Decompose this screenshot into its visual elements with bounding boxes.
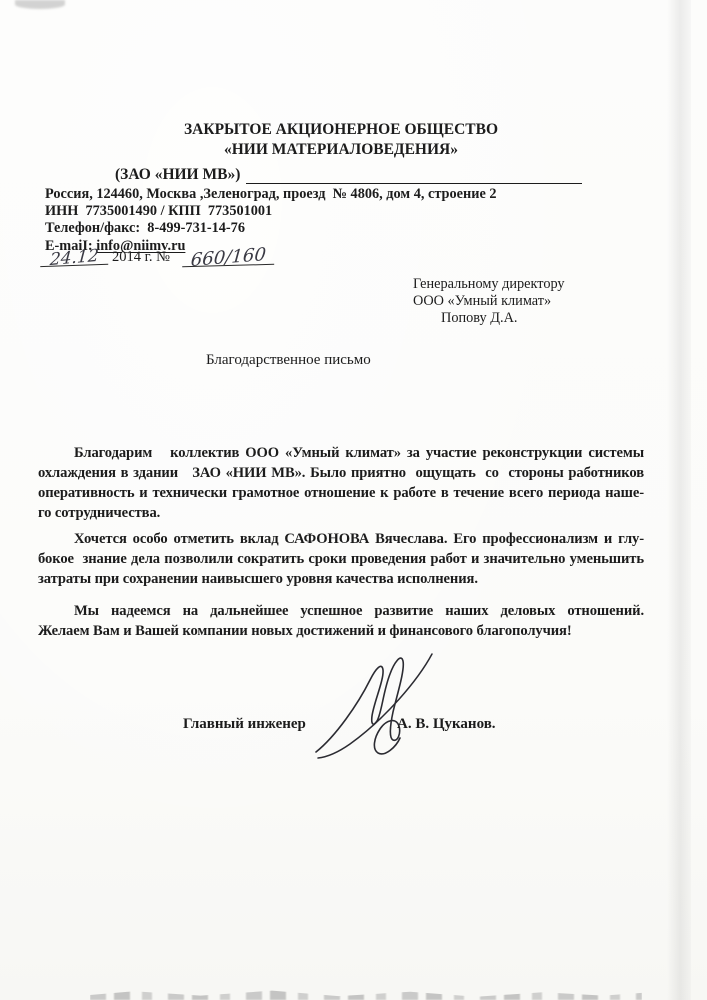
body-line: го сотрудничества. (38, 503, 644, 523)
letterhead: ЗАКРЫТОЕ АКЦИОНЕРНОЕ ОБЩЕСТВО «НИИ МАТЕР… (38, 120, 644, 255)
ref-year-number-label: 2014 г. № (108, 249, 176, 266)
letter-title: Благодарственное письмо (206, 352, 371, 369)
signer-position: Главный инженер (183, 716, 306, 733)
addressee-company: ООО «Умный климат» (413, 293, 565, 310)
body-line: Благодарим коллектив ООО «Умный климат» … (38, 443, 644, 463)
ref-number-handwritten: 660/160 (190, 247, 266, 268)
reference-line: 24.12 2014 г. № 660/160 (40, 249, 274, 266)
body-paragraph-2: Хочется особо отметить вклад САФОНОВА Вя… (38, 529, 644, 589)
body-line: охлаждения в здании ЗАО «НИИ МВ». Было п… (38, 463, 644, 483)
org-short-name: (ЗАО «НИИ МВ») (38, 166, 240, 184)
body-line: Желаем Вам и Вашей компании новых достиж… (38, 621, 644, 641)
scan-artifact-bottom-edge (90, 989, 642, 1000)
ref-date-slot: 24.12 (40, 250, 108, 267)
org-short-name-row: (ЗАО «НИИ МВ») (38, 166, 582, 184)
body-line: Мы надеемся на дальнейшее успешное разви… (38, 601, 644, 621)
body-line: затраты при сохранении наивысшего уровня… (38, 569, 644, 589)
ref-date-handwritten: 24.12 (49, 249, 99, 267)
org-name-line1: ЗАКРЫТОЕ АКЦИОНЕРНОЕ ОБЩЕСТВО (38, 120, 644, 140)
body-paragraph-3: Мы надеемся на дальнейшее успешное разви… (38, 601, 644, 641)
signer-name: А. В. Цуканов. (397, 716, 496, 733)
addressee-position: Генеральному директору (413, 276, 565, 293)
addressee-block: Генеральному директору ООО «Умный климат… (413, 276, 565, 327)
org-inn-kpp: ИНН 7735001490 / КПП 773501001 (45, 203, 644, 220)
page-edge-shadow (667, 0, 691, 1000)
body-line: Хочется особо отметить вклад САФОНОВА Вя… (38, 529, 644, 549)
addressee-name: Попову Д.А. (413, 310, 565, 327)
ref-number-slot: 660/160 (182, 249, 274, 267)
body-line: оперативность и технически грамотное отн… (38, 483, 644, 503)
body-line: бокое знание дела позволили сократить ср… (38, 549, 644, 569)
scan-artifact-top-left (15, 0, 65, 9)
letterhead-underline (246, 166, 582, 184)
handwritten-signature-icon (308, 650, 438, 760)
org-name-line2: «НИИ МАТЕРИАЛОВЕДЕНИЯ» (38, 140, 644, 160)
body-paragraph-1: Благодарим коллектив ООО «Умный климат» … (38, 443, 644, 523)
letter-body: Благодарим коллектив ООО «Умный климат» … (38, 443, 644, 647)
org-phone-fax: Телефон/факс: 8-499-731-14-76 (45, 220, 644, 237)
org-address: Россия, 124460, Москва ,Зеленоград, прое… (45, 186, 644, 203)
scanned-letter-page: ЗАКРЫТОЕ АКЦИОНЕРНОЕ ОБЩЕСТВО «НИИ МАТЕР… (0, 0, 707, 1000)
